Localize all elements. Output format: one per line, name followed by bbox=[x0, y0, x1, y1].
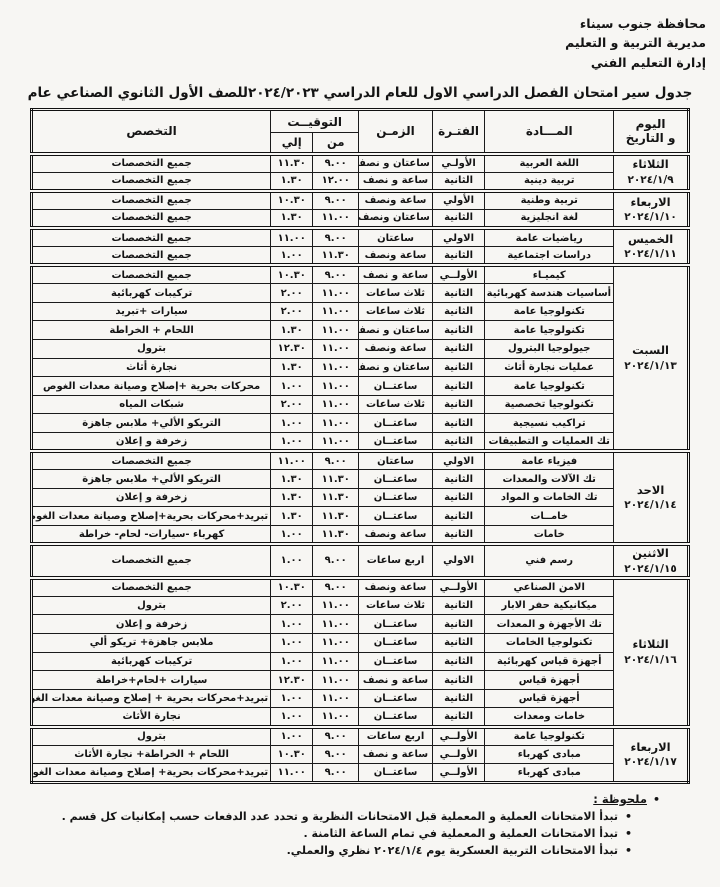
day-name: السبت bbox=[616, 343, 685, 359]
period-cell: الثانية bbox=[432, 671, 485, 690]
period-cell: الثانية bbox=[432, 689, 485, 708]
time-from-cell: ١١.٠٠ bbox=[313, 596, 359, 615]
period-cell: الأولــي bbox=[432, 764, 485, 783]
header-day-line1: اليوم bbox=[616, 117, 685, 131]
subject-cell: رسم فني bbox=[485, 544, 614, 578]
time-to-cell: ١.٠٠ bbox=[271, 526, 313, 545]
duration-cell: اربع ساعات bbox=[359, 727, 433, 746]
period-cell: الثانية bbox=[432, 395, 485, 414]
table-row: أجهزة قياسالثانيةساعتــان١١.٠٠١.٠٠تبريد+… bbox=[32, 689, 689, 708]
duration-cell: ساعتان bbox=[359, 451, 433, 470]
time-to-cell: ١.٣٠ bbox=[271, 470, 313, 489]
time-to-cell: ١.٠٠ bbox=[271, 708, 313, 727]
header-period: الفتـرة bbox=[432, 110, 485, 154]
table-row: الثلاثاء٢٠٢٤/١/٩اللغة العربيةالأولـيساعت… bbox=[32, 154, 689, 173]
time-from-cell: ٩.٠٠ bbox=[313, 544, 359, 578]
time-to-cell: ١.٠٠ bbox=[271, 652, 313, 671]
table-row: لغة انجليزيةالثانيةساعتان ونصف١١.٠٠١.٣٠ج… bbox=[32, 209, 689, 228]
table-row: دراسات اجتماعيةالثانيةساعة ونصف١١.٣٠١.٠٠… bbox=[32, 247, 689, 266]
duration-cell: ثلاث ساعات bbox=[359, 596, 433, 615]
duration-cell: ساعة و نصف bbox=[359, 172, 433, 191]
time-from-cell: ٩.٠٠ bbox=[313, 191, 359, 210]
day-date: ٢٠٢٤/١/١٦ bbox=[616, 653, 685, 667]
specialization-cell: تبريد+محركات بحرية+إصلاح وصيانة معدات ال… bbox=[32, 507, 271, 526]
time-to-cell: ١٠.٣٠ bbox=[271, 578, 313, 597]
subject-cell: تك الأجهزة و المعدات bbox=[485, 615, 614, 634]
period-cell: الثانية bbox=[432, 247, 485, 266]
day-name: الخميس bbox=[616, 232, 685, 248]
letterhead: محافظة جنوب سيناء مديرية التربية و التعل… bbox=[0, 0, 720, 72]
duration-cell: ساعتــان bbox=[359, 708, 433, 727]
time-to-cell: ١٠.٣٠ bbox=[271, 191, 313, 210]
time-from-cell: ٩.٠٠ bbox=[313, 451, 359, 470]
specialization-cell: جميع التخصصات bbox=[32, 228, 271, 247]
duration-cell: ساعتــان bbox=[359, 433, 433, 452]
time-from-cell: ١٢.٠٠ bbox=[313, 172, 359, 191]
scanned-exam-schedule-document: { "page": { "org_lines": [ "محافظة جنوب … bbox=[0, 0, 720, 887]
specialization-cell: زخرفة و إعلان bbox=[32, 615, 271, 634]
specialization-cell: زخرفة و إعلان bbox=[32, 488, 271, 507]
time-to-cell: ١١.٠٠ bbox=[271, 228, 313, 247]
period-cell: الثانية bbox=[432, 634, 485, 653]
specialization-cell: سيارات +لحام+خراطة bbox=[32, 671, 271, 690]
duration-cell: ساعتــان bbox=[359, 615, 433, 634]
duration-cell: ساعتان و نصف bbox=[359, 358, 433, 377]
table-row: مبادى كهرباءالأولــيساعتــان٩.٠٠١١.٠٠تبر… bbox=[32, 764, 689, 783]
duration-cell: ساعتــان bbox=[359, 470, 433, 489]
specialization-cell: بترول bbox=[32, 340, 271, 359]
specialization-cell: التريكو الألي+ ملابس جاهزة bbox=[32, 414, 271, 433]
duration-cell: اربع ساعات bbox=[359, 544, 433, 578]
specialization-cell: تركيبات كهربائية bbox=[32, 652, 271, 671]
subject-cell: خامــات bbox=[485, 507, 614, 526]
time-from-cell: ١١.٣٠ bbox=[313, 507, 359, 526]
specialization-cell: محركات بحرية +إصلاح وصيانة معدات الغوص bbox=[32, 377, 271, 396]
specialization-cell: اللحام + الخراطة+ نجارة الأثاث bbox=[32, 745, 271, 764]
subject-cell: أساسيات هندسة كهربائية bbox=[485, 284, 614, 303]
table-row: تكنولوجيا الخاماتالثانيةساعتــان١١.٠٠١.٠… bbox=[32, 634, 689, 653]
specialization-cell: زخرفة و إعلان bbox=[32, 433, 271, 452]
duration-cell: ساعتــان bbox=[359, 764, 433, 783]
duration-cell: ساعتان ونصف bbox=[359, 209, 433, 228]
bullet-icon: • bbox=[625, 825, 632, 842]
time-to-cell: ١.٣٠ bbox=[271, 321, 313, 340]
time-from-cell: ١١.٠٠ bbox=[313, 358, 359, 377]
day-date-cell: الاثنين٢٠٢٤/١/١٥ bbox=[614, 544, 689, 578]
subject-cell: أجهزة قياس bbox=[485, 671, 614, 690]
table-row: الاربعاء٢٠٢٤/١/١٠تربية وطنيةالأوليساعة و… bbox=[32, 191, 689, 210]
subject-cell: خامات bbox=[485, 526, 614, 545]
subject-cell: تربية وطنية bbox=[485, 191, 614, 210]
time-from-cell: ٩.٠٠ bbox=[313, 228, 359, 247]
time-from-cell: ٩.٠٠ bbox=[313, 745, 359, 764]
period-cell: الاولي bbox=[432, 451, 485, 470]
specialization-cell: تبريد+محركات بحرية + إصلاح وصيانة معدات … bbox=[32, 689, 271, 708]
duration-cell: ساعتان و نصف bbox=[359, 154, 433, 173]
notes-label: ملحوظة : bbox=[593, 792, 647, 806]
bullet-icon: • bbox=[625, 808, 632, 825]
duration-cell: ساعة ونصف bbox=[359, 247, 433, 266]
specialization-cell: جميع التخصصات bbox=[32, 578, 271, 597]
period-cell: الثانية bbox=[432, 377, 485, 396]
period-cell: الثانية bbox=[432, 284, 485, 303]
subject-cell: تك العمليات و التطبيقات bbox=[485, 433, 614, 452]
time-from-cell: ١١.٣٠ bbox=[313, 526, 359, 545]
table-row: تك الخامات و الموادالثانيةساعتــان١١.٣٠١… bbox=[32, 488, 689, 507]
day-date: ٢٠٢٤/١/١١ bbox=[616, 247, 685, 261]
period-cell: الثانية bbox=[432, 209, 485, 228]
period-cell: الأولــي bbox=[432, 578, 485, 597]
day-date-cell: الاحد٢٠٢٤/١/١٤ bbox=[614, 451, 689, 544]
notes-label-row: • ملحوظة : bbox=[20, 792, 660, 806]
time-from-cell: ٩.٠٠ bbox=[313, 727, 359, 746]
duration-cell: ساعتــان bbox=[359, 488, 433, 507]
header-time-from: من bbox=[313, 133, 359, 154]
subject-cell: الامن الصناعي bbox=[485, 578, 614, 597]
time-to-cell: ٢.٠٠ bbox=[271, 596, 313, 615]
duration-cell: ساعتــان bbox=[359, 652, 433, 671]
header-specialization: التخصص bbox=[32, 110, 271, 154]
time-from-cell: ١١.٣٠ bbox=[313, 470, 359, 489]
subject-cell: تراكيب نسيجية bbox=[485, 414, 614, 433]
table-row: تكنولوجيا عامةالثانيةساعتــان١١.٠٠١.٠٠مح… bbox=[32, 377, 689, 396]
time-from-cell: ١١.٣٠ bbox=[313, 488, 359, 507]
duration-cell: ثلاث ساعات bbox=[359, 284, 433, 303]
table-row: جيولوجيا البترولالثانيةساعة ونصف١١.٠٠١٢.… bbox=[32, 340, 689, 359]
time-to-cell: ١.٣٠ bbox=[271, 209, 313, 228]
period-cell: الأولـي bbox=[432, 154, 485, 173]
time-from-cell: ١١.٠٠ bbox=[313, 321, 359, 340]
time-from-cell: ١١.٠٠ bbox=[313, 708, 359, 727]
subject-cell: جيولوجيا البترول bbox=[485, 340, 614, 359]
subject-cell: تكنولوجيا عامة bbox=[485, 321, 614, 340]
org-line-directorate: مديرية التربية و التعليم bbox=[0, 33, 706, 52]
specialization-cell: جميع التخصصات bbox=[32, 154, 271, 173]
table-row: مبادى كهرباءالأولــيساعة و نصف٩.٠٠١٠.٣٠ا… bbox=[32, 745, 689, 764]
duration-cell: ساعة و نصف bbox=[359, 671, 433, 690]
specialization-cell: سيارات +تبريد bbox=[32, 302, 271, 321]
table-row: تك الآلات والمعداتالثانيةساعتــان١١.٣٠١.… bbox=[32, 470, 689, 489]
subject-cell: فيزياء عامة bbox=[485, 451, 614, 470]
day-name: الاربعاء bbox=[616, 195, 685, 211]
table-row: أساسيات هندسة كهربائيةالثانيةثلاث ساعات١… bbox=[32, 284, 689, 303]
bullet-icon: • bbox=[653, 793, 660, 806]
time-to-cell: ١١.٣٠ bbox=[271, 154, 313, 173]
subject-cell: مبادى كهرباء bbox=[485, 764, 614, 783]
table-row: تكنولوجيا عامةالثانيةثلاث ساعات١١.٠٠٢.٠٠… bbox=[32, 302, 689, 321]
time-from-cell: ١١.٠٠ bbox=[313, 340, 359, 359]
header-timing: التوقيــت bbox=[271, 110, 359, 133]
day-date-cell: الاربعاء٢٠٢٤/١/١٠ bbox=[614, 191, 689, 228]
bullet-icon: • bbox=[625, 842, 632, 859]
specialization-cell: التريكو الألي+ ملابس جاهزة bbox=[32, 470, 271, 489]
period-cell: الثانية bbox=[432, 526, 485, 545]
duration-cell: ثلاث ساعات bbox=[359, 395, 433, 414]
table-row: الاحد٢٠٢٤/١/١٤فيزياء عامةالاوليساعتان٩.٠… bbox=[32, 451, 689, 470]
note-text: تبدأ الامتحانات العملية و المعملية قبل ا… bbox=[62, 808, 618, 825]
subject-cell: أجهزة قياس bbox=[485, 689, 614, 708]
day-date: ٢٠٢٤/١/١٣ bbox=[616, 359, 685, 373]
specialization-cell: كهرباء -سيارات- لحام- خراطة bbox=[32, 526, 271, 545]
day-date: ٢٠٢٤/١/١٠ bbox=[616, 210, 685, 224]
header-subject: المـــادة bbox=[485, 110, 614, 154]
specialization-cell: بترول bbox=[32, 727, 271, 746]
time-from-cell: ١١.٠٠ bbox=[313, 414, 359, 433]
period-cell: الثانية bbox=[432, 615, 485, 634]
period-cell: الأولــي bbox=[432, 745, 485, 764]
day-date: ٢٠٢٤/١/٩ bbox=[616, 173, 685, 187]
period-cell: الأولــي bbox=[432, 727, 485, 746]
period-cell: الثانية bbox=[432, 596, 485, 615]
table-row: تك الأجهزة و المعداتالثانيةساعتــان١١.٠٠… bbox=[32, 615, 689, 634]
subject-cell: تكنولوجيا عامة bbox=[485, 302, 614, 321]
time-to-cell: ٢.٠٠ bbox=[271, 302, 313, 321]
time-to-cell: ١.٠٠ bbox=[271, 689, 313, 708]
org-line-governorate: محافظة جنوب سيناء bbox=[0, 14, 706, 33]
specialization-cell: جميع التخصصات bbox=[32, 265, 271, 284]
day-date: ٢٠٢٤/١/١٤ bbox=[616, 498, 685, 512]
time-from-cell: ١١.٠٠ bbox=[313, 377, 359, 396]
page-title: جدول سير امتحان الفصل الدراسي الاول للعا… bbox=[26, 85, 694, 101]
duration-cell: ساعة و نصف bbox=[359, 745, 433, 764]
period-cell: الأولــي bbox=[432, 265, 485, 284]
subject-cell: دراسات اجتماعية bbox=[485, 247, 614, 266]
time-to-cell: ١.٣٠ bbox=[271, 358, 313, 377]
duration-cell: ساعتان bbox=[359, 228, 433, 247]
table-row: خاماتالثانيةساعة ونصف١١.٣٠١.٠٠كهرباء -سي… bbox=[32, 526, 689, 545]
note-item: • تبدأ الامتحانات العملية و المعملية في … bbox=[20, 825, 632, 842]
subject-cell: تك الخامات و المواد bbox=[485, 488, 614, 507]
specialization-cell: اللحام + الخراطة bbox=[32, 321, 271, 340]
period-cell: الثانية bbox=[432, 414, 485, 433]
note-item: • تبدأ الامتحانات العملية و المعملية قبل… bbox=[20, 808, 632, 825]
table-row: تكنولوجيا تخصصيةالثانيةثلاث ساعات١١.٠٠٢.… bbox=[32, 395, 689, 414]
day-name: الثلاثاء bbox=[616, 157, 685, 173]
day-name: الثلاثاء bbox=[616, 637, 685, 653]
period-cell: الثانية bbox=[432, 340, 485, 359]
time-from-cell: ١١.٠٠ bbox=[313, 671, 359, 690]
day-name: الاحد bbox=[616, 483, 685, 499]
subject-cell: عمليات نجارة أثاث bbox=[485, 358, 614, 377]
exam-schedule-table: اليوم و التاريخ المـــادة الفتـرة الزمـن… bbox=[30, 108, 690, 784]
period-cell: الأولي bbox=[432, 191, 485, 210]
table-row: الاثنين٢٠٢٤/١/١٥رسم فنيالاولياربع ساعات٩… bbox=[32, 544, 689, 578]
period-cell: الثانية bbox=[432, 358, 485, 377]
specialization-cell: جميع التخصصات bbox=[32, 172, 271, 191]
time-to-cell: ١٢.٣٠ bbox=[271, 340, 313, 359]
specialization-cell: تركيبات كهربائية bbox=[32, 284, 271, 303]
table-row: أجهزة قياس كهربائيةالثانيةساعتــان١١.٠٠١… bbox=[32, 652, 689, 671]
time-to-cell: ١٢.٣٠ bbox=[271, 671, 313, 690]
table-body: الثلاثاء٢٠٢٤/١/٩اللغة العربيةالأولـيساعت… bbox=[32, 154, 689, 783]
day-date-cell: الثلاثاء٢٠٢٤/١/١٦ bbox=[614, 578, 689, 727]
note-text: تبدأ الامتحانات العملية و المعملية في تم… bbox=[304, 825, 618, 842]
note-item: • تبدأ الامتحانات التربية العسكرية يوم ٢… bbox=[20, 842, 632, 859]
note-text: تبدأ الامتحانات التربية العسكرية يوم ٢٠٢… bbox=[287, 842, 618, 859]
time-from-cell: ١١.٠٠ bbox=[313, 395, 359, 414]
time-to-cell: ٢.٠٠ bbox=[271, 395, 313, 414]
time-to-cell: ١٠.٣٠ bbox=[271, 265, 313, 284]
subject-cell: تكنولوجيا عامة bbox=[485, 727, 614, 746]
day-name: الاثنين bbox=[616, 546, 685, 562]
period-cell: الاولي bbox=[432, 544, 485, 578]
time-to-cell: ١.٠٠ bbox=[271, 414, 313, 433]
time-from-cell: ١١.٠٠ bbox=[313, 433, 359, 452]
subject-cell: تكنولوجيا تخصصية bbox=[485, 395, 614, 414]
duration-cell: ساعتــان bbox=[359, 634, 433, 653]
day-date-cell: الثلاثاء٢٠٢٤/١/٩ bbox=[614, 154, 689, 191]
time-to-cell: ١.٠٠ bbox=[271, 247, 313, 266]
subject-cell: اللغة العربية bbox=[485, 154, 614, 173]
time-to-cell: ١.٠٠ bbox=[271, 377, 313, 396]
subject-cell: أجهزة قياس كهربائية bbox=[485, 652, 614, 671]
table-row: تك العمليات و التطبيقاتالثانيةساعتــان١١… bbox=[32, 433, 689, 452]
period-cell: الثانية bbox=[432, 708, 485, 727]
specialization-cell: جميع التخصصات bbox=[32, 544, 271, 578]
time-from-cell: ١١.٠٠ bbox=[313, 284, 359, 303]
subject-cell: مبادى كهرباء bbox=[485, 745, 614, 764]
notes-section: • ملحوظة : • تبدأ الامتحانات العملية و ا… bbox=[20, 792, 660, 859]
table-row: السبت٢٠٢٤/١/١٣كيميـاءالأولــيساعة و نصف٩… bbox=[32, 265, 689, 284]
period-cell: الثانية bbox=[432, 652, 485, 671]
table-row: الاربعاء٢٠٢٤/١/١٧تكنولوجيا عامةالأولــيا… bbox=[32, 727, 689, 746]
time-from-cell: ١١.٠٠ bbox=[313, 634, 359, 653]
duration-cell: ساعتــان bbox=[359, 689, 433, 708]
time-to-cell: ١.٠٠ bbox=[271, 634, 313, 653]
specialization-cell: نجارة أثاث bbox=[32, 358, 271, 377]
specialization-cell: نجارة الأثاث bbox=[32, 708, 271, 727]
subject-cell: خامات ومعدات bbox=[485, 708, 614, 727]
time-to-cell: ١١.٠٠ bbox=[271, 764, 313, 783]
specialization-cell: تبريد+محركات بحرية+ إصلاح وصيانة معدات ا… bbox=[32, 764, 271, 783]
table-row: تكنولوجيا عامةالثانيةساعتان و نصف١١.٠٠١.… bbox=[32, 321, 689, 340]
subject-cell: لغة انجليزية bbox=[485, 209, 614, 228]
time-to-cell: ١١.٠٠ bbox=[271, 451, 313, 470]
period-cell: الثانية bbox=[432, 172, 485, 191]
specialization-cell: شبكات المياه bbox=[32, 395, 271, 414]
day-name: الاربعاء bbox=[616, 740, 685, 756]
time-from-cell: ١١.٠٠ bbox=[313, 689, 359, 708]
subject-cell: رياضيات عامة bbox=[485, 228, 614, 247]
time-from-cell: ٩.٠٠ bbox=[313, 265, 359, 284]
duration-cell: ساعة و نصف bbox=[359, 265, 433, 284]
time-from-cell: ٩.٠٠ bbox=[313, 578, 359, 597]
time-to-cell: ٢.٠٠ bbox=[271, 284, 313, 303]
header-time-to: إلي bbox=[271, 133, 313, 154]
period-cell: الثانية bbox=[432, 433, 485, 452]
time-to-cell: ١.٠٠ bbox=[271, 544, 313, 578]
time-to-cell: ١.٣٠ bbox=[271, 507, 313, 526]
notes-list: • تبدأ الامتحانات العملية و المعملية قبل… bbox=[20, 808, 632, 859]
time-from-cell: ١١.٠٠ bbox=[313, 652, 359, 671]
specialization-cell: جميع التخصصات bbox=[32, 451, 271, 470]
subject-cell: كيميـاء bbox=[485, 265, 614, 284]
day-date-cell: السبت٢٠٢٤/١/١٣ bbox=[614, 265, 689, 451]
time-from-cell: ١١.٠٠ bbox=[313, 615, 359, 634]
time-to-cell: ١.٠٠ bbox=[271, 433, 313, 452]
specialization-cell: ملابس جاهزة+ تريكو ألي bbox=[32, 634, 271, 653]
day-date-cell: الاربعاء٢٠٢٤/١/١٧ bbox=[614, 727, 689, 783]
duration-cell: ساعة ونصف bbox=[359, 526, 433, 545]
duration-cell: ساعتــان bbox=[359, 377, 433, 396]
time-to-cell: ١.٠٠ bbox=[271, 727, 313, 746]
table-row: الخميس٢٠٢٤/١/١١رياضيات عامةالاوليساعتان٩… bbox=[32, 228, 689, 247]
day-date-cell: الخميس٢٠٢٤/١/١١ bbox=[614, 228, 689, 265]
org-line-administration: إدارة التعليم الفني bbox=[0, 53, 706, 72]
subject-cell: تكنولوجيا عامة bbox=[485, 377, 614, 396]
table-row: خامات ومعداتالثانيةساعتــان١١.٠٠١.٠٠نجار… bbox=[32, 708, 689, 727]
duration-cell: ساعة ونصف bbox=[359, 578, 433, 597]
time-from-cell: ١١.٠٠ bbox=[313, 209, 359, 228]
time-to-cell: ١.٠٠ bbox=[271, 615, 313, 634]
header-day-line2: و التاريخ bbox=[616, 131, 685, 145]
table-row: تراكيب نسيجيةالثانيةساعتــان١١.٠٠١.٠٠الت… bbox=[32, 414, 689, 433]
duration-cell: ساعتــان bbox=[359, 414, 433, 433]
day-date: ٢٠٢٤/١/١٥ bbox=[616, 562, 685, 576]
duration-cell: ساعتان و نصف bbox=[359, 321, 433, 340]
period-cell: الثانية bbox=[432, 321, 485, 340]
time-from-cell: ٩.٠٠ bbox=[313, 764, 359, 783]
table-row: تربية دينيةالثانيةساعة و نصف١٢.٠٠١.٣٠جمي… bbox=[32, 172, 689, 191]
specialization-cell: جميع التخصصات bbox=[32, 247, 271, 266]
subject-cell: تربية دينية bbox=[485, 172, 614, 191]
time-to-cell: ١.٣٠ bbox=[271, 172, 313, 191]
time-to-cell: ١.٣٠ bbox=[271, 488, 313, 507]
subject-cell: تكنولوجيا الخامات bbox=[485, 634, 614, 653]
period-cell: الاولي bbox=[432, 228, 485, 247]
duration-cell: ثلاث ساعات bbox=[359, 302, 433, 321]
specialization-cell: بترول bbox=[32, 596, 271, 615]
day-date: ٢٠٢٤/١/١٧ bbox=[616, 755, 685, 769]
table-row: عمليات نجارة أثاثالثانيةساعتان و نصف١١.٠… bbox=[32, 358, 689, 377]
header-duration: الزمـن bbox=[359, 110, 433, 154]
period-cell: الثانية bbox=[432, 488, 485, 507]
table-header: اليوم و التاريخ المـــادة الفتـرة الزمـن… bbox=[32, 110, 689, 154]
period-cell: الثانية bbox=[432, 470, 485, 489]
table-row: أجهزة قياسالثانيةساعة و نصف١١.٠٠١٢.٣٠سيا… bbox=[32, 671, 689, 690]
period-cell: الثانية bbox=[432, 507, 485, 526]
time-from-cell: ١١.٠٠ bbox=[313, 302, 359, 321]
duration-cell: ساعة ونصف bbox=[359, 191, 433, 210]
specialization-cell: جميع التخصصات bbox=[32, 209, 271, 228]
subject-cell: ميكانيكية حفر الابار bbox=[485, 596, 614, 615]
header-day-date: اليوم و التاريخ bbox=[614, 110, 689, 154]
table-row: الثلاثاء٢٠٢٤/١/١٦الامن الصناعيالأولــيسا… bbox=[32, 578, 689, 597]
header-row-main: اليوم و التاريخ المـــادة الفتـرة الزمـن… bbox=[32, 110, 689, 133]
time-from-cell: ١١.٣٠ bbox=[313, 247, 359, 266]
time-from-cell: ٩.٠٠ bbox=[313, 154, 359, 173]
time-to-cell: ١٠.٣٠ bbox=[271, 745, 313, 764]
subject-cell: تك الآلات والمعدات bbox=[485, 470, 614, 489]
table-row: ميكانيكية حفر الابارالثانيةثلاث ساعات١١.… bbox=[32, 596, 689, 615]
table-row: خامــاتالثانيةساعتــان١١.٣٠١.٣٠تبريد+محر… bbox=[32, 507, 689, 526]
duration-cell: ساعتــان bbox=[359, 507, 433, 526]
duration-cell: ساعة ونصف bbox=[359, 340, 433, 359]
specialization-cell: جميع التخصصات bbox=[32, 191, 271, 210]
period-cell: الثانية bbox=[432, 302, 485, 321]
